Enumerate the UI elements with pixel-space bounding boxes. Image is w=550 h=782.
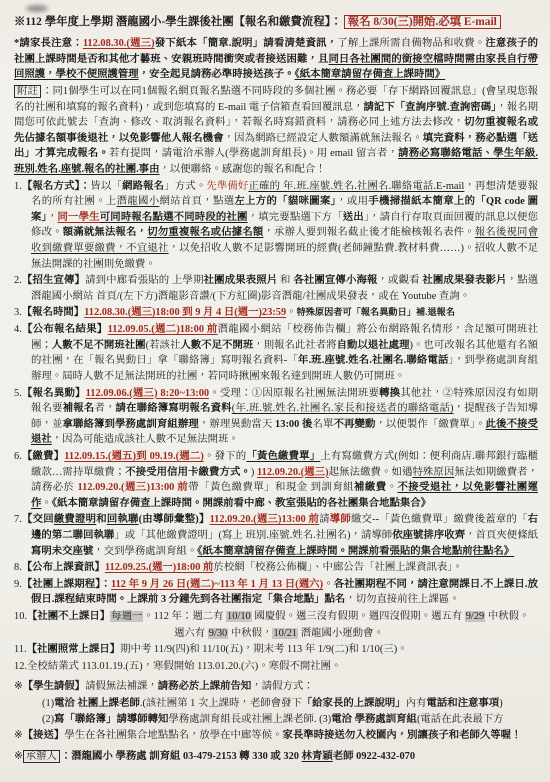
text-run: ※ — [14, 730, 23, 741]
text-run: 2. — [14, 275, 22, 286]
parent-notice: *請家長注意：112.08.30.(週三)發下紙本「簡章.說明」請看清楚資訊，了… — [14, 36, 538, 83]
text-run: 10. — [14, 611, 27, 622]
item-10-no-class-days: 10.【社團不上課日】每週一。112 年：週二有 10/10 國慶假。週三沒有假… — [14, 609, 538, 625]
text-run: 《紙本簡章請留存備查上課時間。開課前看張貼的集合地點前往點名》 — [197, 546, 514, 557]
text-run: 者， — [94, 403, 115, 414]
document-body: ※112 學年度上學期 潛龍國小-學生課後社團【報名和繳費流程】：報名 8/30… — [14, 14, 538, 765]
text-run: 【社團上課期程】： — [22, 579, 111, 590]
text-run: 轉換 — [379, 388, 400, 399]
text-run: 額滿就無法報名， — [63, 227, 148, 238]
text-run: 人數不足不開班 — [180, 340, 253, 351]
text-run: 【交回 — [22, 514, 54, 525]
text-run: ：潛龍國小 學務處 訓育組 03-479-2153 轉 330 或 320 — [61, 751, 302, 762]
text-run: 繳交--「黃色繳費單」繳費後蓋章的「 — [351, 514, 528, 525]
text-run: 繳費證明 — [54, 514, 96, 525]
text-run: 112.08.30.(週三) — [83, 38, 155, 49]
text-run: 全校結業式 113.01.19.(五)，寒假開始 113.01.20.(六)。寒… — [27, 661, 341, 672]
contact-person: ※承辦人：潛龍國小 學務處 訓育組 03-479-2153 轉 330 或 32… — [14, 749, 538, 765]
text-run: 請記下「查詢序號.查詢密碼」 — [364, 102, 497, 113]
text-run: 寫「聯絡簿」請導師轉知 — [54, 714, 168, 725]
text-run: ，因為可能造成該社人數不足無法開班。 — [52, 434, 239, 445]
student-leave: ※【學生請假】請假無法補課，請務必於上課前告知，請假方式： — [14, 679, 538, 695]
text-run: 【公布上課資訊】 — [22, 562, 105, 573]
text-run: ，或觀看 — [378, 275, 423, 286]
text-run: 【公布報名結果】 — [22, 324, 108, 335]
text-run: 寫明未交座號 — [31, 546, 93, 557]
text-run: 自動以退社處理 — [337, 340, 410, 351]
text-run: 老師 0922-432-070 — [333, 751, 415, 762]
text-run: ※ — [14, 751, 23, 762]
text-run: 【社團照常上課日】 — [27, 644, 121, 655]
text-run: 中秋假， — [228, 628, 272, 639]
text-run: 家長準時接送勿入校園內，別讓孩子和老師久等喔！ — [282, 730, 521, 741]
text-run: 6. — [14, 451, 22, 462]
text-run: 請 — [319, 514, 330, 525]
text-run: 8. — [14, 562, 22, 573]
text-run: 11. — [14, 644, 27, 655]
text-run: 【社團不上課日】 — [27, 611, 110, 622]
text-run: 112.09.20.(週三)13:00 前 — [210, 514, 320, 525]
text-run: 報名 8/30(三)開始.必填 E-mail — [344, 15, 501, 29]
text-run: 名單 — [312, 419, 333, 430]
text-run: 13:00 後 — [275, 419, 312, 430]
text-run: 【報名方式】： — [22, 181, 91, 192]
text-run: (1) — [42, 698, 54, 709]
text-run: 【繳費】 — [22, 451, 64, 462]
text-run: 9/29 — [465, 611, 485, 622]
text-run: 112.09.05.(週二)18:00 前 — [108, 324, 218, 335]
text-run: *請家長注意： — [14, 38, 83, 49]
text-run: 特殊原因 — [412, 467, 454, 478]
text-run: 附註 — [14, 85, 41, 98]
text-run: 【報名時間】 — [22, 307, 84, 318]
text-run: 補報名 — [63, 403, 95, 414]
text-run: ，交到學務處訓育組。 — [93, 546, 197, 557]
text-run: 可同時報名點選不同時段的社團 — [100, 212, 248, 223]
text-run: 請在聯絡簿寫明報名資料 — [116, 403, 232, 414]
scan-smudge-artifact — [26, 5, 48, 12]
text-run: 」方式。 — [164, 181, 206, 192]
text-run: 10/10 — [226, 611, 252, 622]
student-leave-option-1: (1)電洽 社團上課老師.(該社團第 1 次上課時，老師會發下「給家長的上課說明… — [14, 696, 538, 712]
text-run: 送出 — [343, 212, 364, 223]
text-run: 。受理：①因原報名社團無法開班要 — [209, 388, 379, 399]
text-run: 人數不足不開班社團 — [52, 340, 146, 351]
text-run: 回執聯 — [107, 514, 139, 525]
text-run: 5. — [14, 388, 22, 399]
text-run: 導師 — [330, 514, 351, 525]
text-run: 112 年 9 月 26 日(週二)~113 年 1 月 13 日(週六) — [111, 579, 323, 590]
text-run: 請到中廊看張貼的 上學期 — [85, 275, 204, 286]
text-run: ，填完要點選下方「 — [248, 212, 343, 223]
text-run: 週六有 — [174, 628, 208, 639]
text-run: 林青穎 — [302, 751, 333, 762]
text-run: 中秋假。 — [485, 611, 529, 622]
text-run: 年.班.座號.姓名.社團名.聯絡電話 — [298, 355, 449, 366]
item-6-payment: 6.【繳費】112.09.15.(週五)到 09.19.(週二)。發下的「黃色繳… — [14, 449, 538, 511]
text-run: 正確的 年.班.座號.姓名.社團名.聯絡電話.E-mail — [249, 181, 465, 192]
text-run: 依座號排序收齊 — [392, 530, 465, 541]
notice-document: ※112 學年度上學期 潛龍國小-學生課後社團【報名和繳費流程】：報名 8/30… — [0, 0, 550, 782]
text-run: 不接受用信用卡繳費方式。 — [125, 467, 251, 478]
item-11-normal-class-days: 11.【社團照常上課日】期中考 11/9(四)和 11/10(五)，期末考 11… — [14, 642, 538, 658]
text-run: (3) — [319, 714, 331, 725]
text-run: 承辦人 — [23, 750, 60, 763]
text-run: 發下紙本「簡章.說明」請看清楚資訊， — [155, 38, 338, 49]
text-run: 帶「黃色繳費單」和現金 到訓育組 — [188, 482, 354, 493]
text-run: (電話在此表最下方 — [417, 714, 504, 725]
text-run: 不再變動 — [333, 419, 375, 430]
text-run: 。 — [41, 498, 51, 509]
item-3-registration-time: 3.【報名時間】112.08.30.(週三)18:00 到 9 月 4 日(週一… — [14, 305, 538, 321]
text-run: 學務處訓育組長或社團上課老師. — [168, 714, 319, 725]
text-run: 國慶假。週三沒有假期。週四沒假期。週五有 — [252, 611, 465, 622]
text-run: 7. — [14, 514, 22, 525]
text-run: ，或用 — [336, 196, 368, 207]
text-run: 請務必於上課前告知 — [158, 681, 252, 692]
text-run: 。 — [387, 482, 398, 493]
text-run: .(該社團第 1 次上課時，老師會發下 — [140, 698, 302, 709]
text-run: 特殊原因者可「報名異動日」補.退報名 — [297, 307, 455, 317]
text-run: 左上方的「貓咪圖案」 — [234, 196, 336, 207]
text-run: 1. — [14, 181, 22, 192]
text-run: 內有 — [406, 698, 427, 709]
text-run: 各社團宣傳小海報 — [293, 275, 377, 286]
text-run: 【報名異動】 — [22, 388, 86, 399]
item-2-promotion: 2.【招生宣傳】請到中廊看張貼的 上學期社團成果表照片 和 各社團宣傳小海報，或… — [14, 273, 538, 304]
item-12-semester-end: 12.全校結業式 113.01.19.(五)，寒假開始 113.01.20.(六… — [14, 659, 538, 675]
text-run: ※112 學年度上學期 潛龍國小-學生課後社團【報名和繳費流程】： — [14, 16, 342, 28]
text-run: 網路報名 — [122, 181, 164, 192]
text-run: 【接送】 — [23, 730, 65, 741]
pickup-notice: ※【接送】學生在各社團集合地點點名，放學在中廊等候。家長準時接送勿入校園內，別讓… — [14, 728, 538, 744]
text-run: 電話和注意事項 — [426, 698, 499, 709]
text-run: (若該社 — [146, 340, 181, 351]
text-run: ，辦理異動當天 — [199, 419, 275, 430]
text-run: 和 — [277, 275, 293, 286]
item-1-registration-method: 1.【報名方式】：皆以「網路報名」方式。先準備好正確的 年.班.座號.姓名.社團… — [14, 179, 538, 273]
text-run: 社團成果發表影片 — [422, 275, 506, 286]
text-run: 112.09.20.(週三) — [257, 467, 329, 478]
text-run: 先準備好 — [206, 181, 248, 192]
text-run: 於校網「校務公佈欄」、中廊公告「社團上課資訊表」。 — [213, 562, 462, 573]
text-run: 學生在各社團集合地點點名，放學在中廊等候。 — [64, 730, 282, 741]
text-run: ) — [499, 698, 502, 709]
text-run: 4. — [14, 324, 22, 335]
text-run: 電洽 學務處訓育組 — [331, 714, 417, 725]
text-run: 切勿重複報名或佔據名額 — [147, 227, 263, 238]
text-run: 潛龍國小 — [117, 196, 160, 207]
text-run: 「給家長的上課說明」 — [302, 698, 406, 709]
text-run: 電洽 社團上課老師 — [54, 698, 140, 709]
item-10-no-class-days-line2: 週六有 9/30 中秋假，10/21 潛龍國小運動會。 — [14, 626, 538, 642]
text-run: ，請假方式： — [251, 681, 313, 692]
text-run: 。 — [286, 307, 296, 318]
title-line: ※112 學年度上學期 潛龍國小-學生課後社團【報名和繳費流程】：報名 8/30… — [14, 14, 538, 31]
text-run: 112.09.06.(週三) 8:20~13:00 — [86, 388, 209, 399]
text-run: 請假無法補課， — [85, 681, 158, 692]
text-run: 112.09.25.(週一)18:00 前 — [105, 562, 214, 573]
text-run: 社團成果表照片 — [204, 275, 278, 286]
text-run: ，首頁夾便條紙 — [465, 530, 538, 541]
text-run: 網站首頁，點選 — [159, 196, 234, 207]
text-run: 上課前 3 分鐘先到各社團指定「集合地點」點名 — [127, 594, 345, 605]
text-run: 10/21 — [272, 628, 298, 639]
text-run: 《紙本簡章請留存備查上課時間。開課前看中廊、教室張貼的各社團集合地點集合》 — [52, 498, 431, 509]
text-run: (2) — [42, 714, 54, 725]
item-8-class-info: 8.【公布上課資訊】112.09.25.(週一)18:00 前於校網「校務公佈欄… — [14, 560, 538, 576]
text-run: 」或「其他繳費證明」(寫上 班別.座號.姓名.社團名)，請導師 — [114, 530, 392, 541]
text-run: 。 — [323, 579, 334, 590]
text-run: 「黃色繳費單」 — [246, 451, 320, 462]
text-run: 了解上課所需自備物品和收費。 — [337, 38, 485, 49]
text-run: ，以便製作「繳費單」。 — [375, 419, 485, 430]
student-leave-options-2-3: (2)寫「聯絡簿」請導師轉知學務處訓育組長或社團上課老師. (3)電洽 學務處訓… — [14, 712, 538, 728]
text-run: ，以便聯絡。感謝您的報名和配合！ — [159, 164, 325, 175]
text-run: 9. — [14, 579, 22, 590]
text-run: 同一學生 — [58, 212, 100, 223]
text-run: 皆以「 — [90, 181, 122, 192]
text-run: 若有提問，請電洽承辦人(學務處訓育組長)。用 email 留言者， — [109, 148, 398, 159]
text-run: 3. — [14, 307, 22, 318]
item-7-receipt-return: 7.【交回繳費證明和回執聯(由導師彙整)】112.09.20.(週三)13:00… — [14, 512, 538, 559]
text-run: ，因為網路已經設定人數額滿就無法報名。 — [224, 133, 423, 144]
text-run: 拿聯絡簿到學務處訓育組辦理 — [62, 419, 198, 430]
text-run: ，則報名此社者將 — [253, 340, 336, 351]
text-run: (年.班.號.姓名.社團名.家長和接送者的聯絡電話) — [232, 403, 454, 414]
text-run: 。112 年：週二有 — [143, 611, 226, 622]
text-run: 《紙本簡章請留存備查上課時間》 — [295, 69, 446, 80]
text-run: 【學生請假】 — [23, 681, 85, 692]
item-9-schedule: 9.【社團上課期程】：112 年 9 月 26 日(週二)~113 年 1 月 … — [14, 577, 538, 608]
text-run: 每週一 — [110, 611, 143, 622]
text-run: 補繳費 — [354, 482, 387, 493]
text-run: ，承辦人要到報名截止後才能檢核報名表件。 — [263, 227, 474, 238]
text-run: 潛龍國小運動會。 — [298, 628, 384, 639]
text-run: ， — [47, 212, 58, 223]
text-run: 【招生宣傳】 — [22, 275, 85, 286]
text-run: 起無法繳費。如遇 — [329, 467, 413, 478]
text-run: 9/30 — [208, 628, 228, 639]
item-5-registration-change: 5.【報名異動】112.09.06.(週三) 8:20~13:00。受理：①因原… — [14, 386, 538, 448]
text-run: 。發下的 — [204, 451, 246, 462]
text-run: ，安全起見請務必準時接送孩子。 — [139, 69, 295, 80]
text-run: 112.09.20.(週三)13:00 前 — [77, 482, 188, 493]
text-run: 112.08.30.(週三)18:00 到 9 月 4 日(週一)23:59 — [84, 307, 286, 318]
text-run: 12. — [14, 661, 27, 672]
item-4-results-announcement: 4.【公布報名結果】112.09.05.(週二)18:00 前潛龍國小網站「校務… — [14, 322, 538, 384]
appendix-note: 附註：同1個學生可以在同1個報名網頁報名點選不同時段的多個社團。務必要「存下網路… — [14, 84, 538, 178]
text-run: ※ — [14, 681, 23, 692]
text-run: ，切勿直接前往上課區。 — [345, 594, 459, 605]
text-run: 和 — [96, 514, 107, 525]
text-run: 期中考 11/9(四)和 11/10(五)，期末考 113 年 1/9(二)和 … — [120, 644, 407, 655]
text-run: 112.09.15.(週五)到 09.19.(週二) — [64, 451, 204, 462]
text-run: (由導師彙整)】 — [139, 514, 210, 525]
